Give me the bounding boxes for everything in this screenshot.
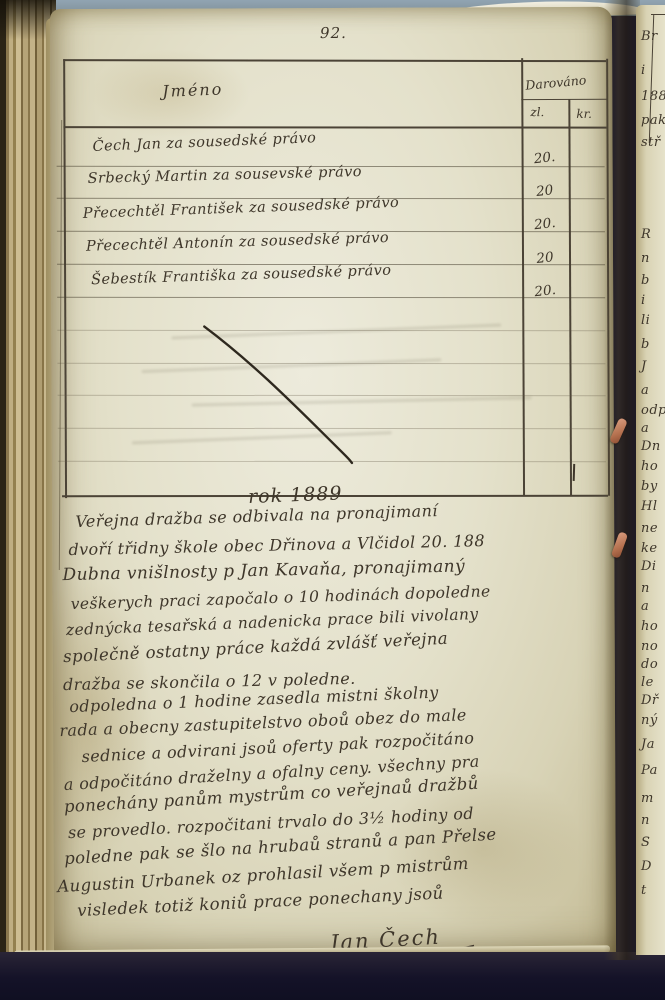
adjacent-text-fragment: i [641, 63, 646, 78]
ruled-line [57, 297, 605, 298]
bleed-through-mark [192, 396, 532, 406]
adjacent-text-fragment: a [641, 599, 649, 614]
adjacent-text-fragment: Dř [641, 693, 659, 708]
adjacent-text-fragment: ho [641, 459, 658, 474]
ledger-page: 92. Jméno Darováno zl. kr. Čech Jan za s… [50, 7, 616, 961]
table-left-border [63, 59, 66, 498]
adjacent-page-edge: Bri188pakstřRnbilibJaodpaDnhobyHlnekeDin… [636, 5, 665, 955]
adjacent-text-fragment: pak [641, 113, 665, 128]
adjacent-text-fragment: D [641, 859, 652, 874]
table-top-border [63, 59, 606, 61]
adjacent-text-fragment: 188 [641, 89, 665, 104]
ruled-line [58, 428, 606, 429]
ruled-line [57, 330, 605, 331]
currency-minor-label: kr. [576, 107, 592, 121]
binding-groove [604, 0, 640, 960]
amount-header-underline [521, 99, 607, 100]
table-row-name: Přecechtěl Antonín za sousedské právo [86, 230, 389, 255]
adjacent-text-fragment: Br [641, 29, 658, 44]
bleed-through-mark [171, 324, 501, 340]
adjacent-text-fragment: a [641, 421, 649, 436]
adjacent-text-fragment: b [641, 273, 650, 288]
table-row-name: Čech Jan za sousedské právo [92, 130, 316, 155]
adjacent-text-fragment: do [641, 657, 658, 672]
ruled-line [57, 363, 605, 364]
adjacent-table-line [651, 14, 665, 15]
adjacent-text-fragment: Ja [641, 737, 655, 752]
page-number: 92. [320, 24, 347, 42]
adjacent-text-fragment: Pa [641, 763, 658, 778]
adjacent-text-fragment: Di [641, 559, 657, 574]
adjacent-text-fragment: n [641, 251, 650, 266]
adjacent-text-fragment: t [641, 883, 647, 898]
entry-line: Veřejna dražba se odbivala na pronajiman… [75, 501, 438, 531]
photographed-ledger-page: { "page": { "number": "92." }, "table": … [0, 0, 665, 1000]
adjacent-text-fragment: m [641, 791, 654, 806]
entry-line: Dubna vnišlnosty p Jan Kavaňa, pronajima… [62, 556, 465, 585]
bleed-through-mark [142, 358, 442, 373]
adjacent-text-fragment: stř [641, 135, 661, 150]
adjacent-text-fragment: ke [641, 541, 658, 556]
currency-major-label: zl. [530, 105, 544, 119]
adjacent-text-fragment: ho [641, 619, 658, 634]
adjacent-text-fragment: i [641, 293, 646, 308]
adjacent-text-fragment: li [641, 313, 650, 328]
entry-line: dvoří třidny škole obec Dřinova a Vlčido… [68, 531, 485, 559]
adjacent-text-fragment: Dn [641, 439, 661, 454]
table-row-name: Srbecký Martin za sousevské právo [87, 164, 362, 187]
adjacent-text-fragment: b [641, 337, 650, 352]
ruled-line [58, 395, 606, 396]
adjacent-text-fragment: odp [641, 403, 665, 418]
adjacent-text-fragment: R [641, 227, 651, 242]
bleed-through-mark [132, 431, 392, 444]
adjacent-text-fragment: a [641, 383, 649, 398]
adjacent-text-fragment: n [641, 581, 650, 596]
adjacent-text-fragment: Hl [641, 499, 658, 514]
photo-background-bottom [0, 952, 665, 1000]
table-row-amount-zl: 20. [524, 148, 566, 168]
table-row-name: Šebestík Františka za sousedské právo [91, 263, 392, 289]
amount-column-header: Darováno [525, 72, 587, 93]
amount-column-line [521, 58, 524, 496]
pen-mark [573, 464, 576, 481]
name-column-header: Jméno [162, 79, 224, 100]
ruled-line [58, 461, 606, 462]
adjacent-text-fragment: le [641, 675, 654, 690]
adjacent-text-fragment: ný [641, 713, 658, 728]
adjacent-text-fragment: J [641, 359, 647, 374]
adjacent-text-fragment: S [641, 835, 650, 850]
adjacent-text-fragment: by [641, 479, 658, 494]
adjacent-text-fragment: ne [641, 521, 658, 536]
adjacent-text-fragment: n [641, 813, 650, 828]
header-bottom-line [63, 126, 606, 128]
adjacent-text-fragment: no [641, 639, 658, 654]
